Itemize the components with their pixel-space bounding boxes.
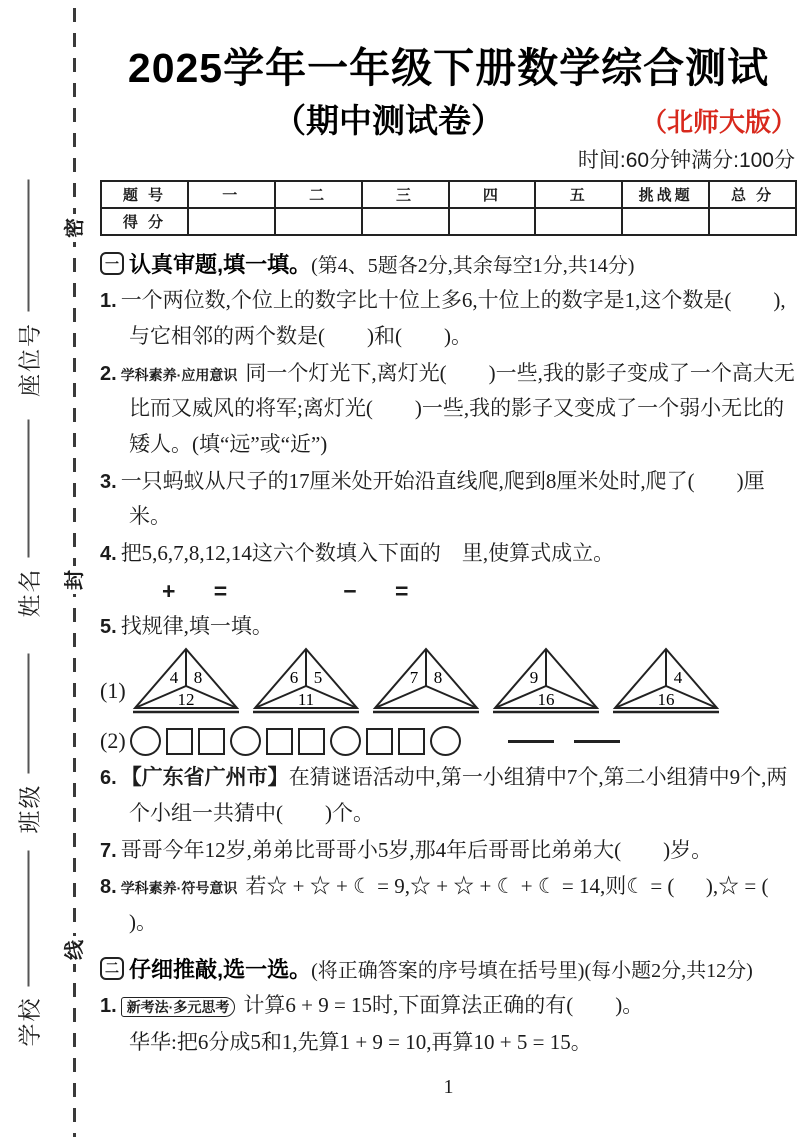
score-cell [622,208,709,235]
pattern-shape-square [166,728,193,755]
question-3: 3.一只蚂蚁从尺子的17厘米处开始沿直线爬,爬到8厘米处时,爬了( )厘米。 [100,464,797,535]
question-2: 2.学科素养·应用意识同一个灯光下,离灯光( )一些,我的影子变成了一个高大无比… [100,356,797,463]
triangle-left-value: 7 [409,668,418,687]
section-two-note: (将正确答案的序号填在括号里)(每小题2分,共12分) [311,954,753,983]
section-two-header: 二 仔细推敲,选一选。 (将正确答案的序号填在括号里)(每小题2分,共12分) [100,953,797,984]
score-col-3: 三 [362,181,449,208]
question-number: 5. [100,616,121,638]
question-number: 8. [100,876,121,898]
section-two-number-icon: 二 [100,957,124,980]
question-number: 1. [100,290,121,312]
score-col-4: 四 [449,181,536,208]
section-one-header: 一 认真审题,填一填。 (第4、5题各2分,其余每空1分,共14分) [100,248,797,279]
section-two-question-1: 1.新考法·多元思考计算6 + 9 = 15时,下面算法正确的有( )。 [100,988,797,1024]
seal-sidebar: 密 封 线 座位号 姓名 班级 学校 [0,0,100,1145]
school-text: 学校 [12,997,45,1047]
score-col-1: 一 [188,181,275,208]
new-method-badge: 新考法·多元思考 [121,997,236,1017]
student-name-label: 姓名 [12,419,45,619]
page-number: 1 [100,1076,797,1099]
pattern-shape-square [266,728,293,755]
triangle-figure-4: 9 16 [490,646,602,720]
question-number: 3. [100,471,121,493]
score-col-challenge: 挑战题 [622,181,709,208]
triangle-right-value: 8 [193,668,202,687]
equation-blanks-row: + = − = [162,578,797,605]
paper-subtitle: （期中测试卷） [100,95,677,142]
triangle-left-value: 4 [169,668,178,687]
section-one-title: 认真审题,填一填。 [129,248,311,279]
triangle-left-value: 9 [529,668,538,687]
section-two-title: 仔细推敲,选一选。 [129,953,311,984]
triangle-pattern-row: (1) 4 8 12 6 5 11 [100,646,797,720]
competency-badge: 学科素养·应用意识 [121,367,238,383]
question-1: 1.一个两位数,个位上的数字比十位上多6,十位上的数字是1,这个数是( ),与它… [100,283,797,354]
section-two-question-1-option: 华华:把6分成5和1,先算1 + 9 = 10,再算10 + 5 = 15。 [100,1025,797,1061]
pattern-shape-circle [430,726,461,756]
score-cell [535,208,622,235]
score-row-label: 得 分 [101,208,188,235]
option-text: 华华:把6分成5和1,先算1 + 9 = 10,再算10 + 5 = 15。 [129,1030,592,1054]
score-cell [362,208,449,235]
triangle-bottom-value: 12 [177,690,194,709]
score-cell [275,208,362,235]
question-5: 5.找规律,填一填。 [100,609,797,645]
shape-pattern-row: (2) [100,726,797,756]
seal-char-mi: 密 [61,214,89,242]
addition-equation-blank: + = [162,578,227,605]
question-text: 找规律,填一填。 [121,614,273,638]
question-7: 7.哥哥今年12岁,弟弟比哥哥小5岁,那4年后哥哥比弟弟大( )岁。 [100,833,797,869]
pattern-shape-circle [130,726,161,756]
section-one-number-icon: 一 [100,252,124,275]
question-text: 把5,6,7,8,12,14这六个数填入下面的 里,使算式成立。 [121,541,615,565]
triangle-figure-5: 4 16 [610,646,722,720]
question-text: 哥哥今年12岁,弟弟比哥哥小5岁,那4年后哥哥比弟弟大( )岁。 [121,838,712,862]
triangle-left-value: 6 [289,668,298,687]
pattern-shape-circle [230,726,261,756]
answer-blank [508,740,554,743]
edition-badge: （北师大版） [641,102,797,139]
subtraction-equation-blank: − = [343,578,408,605]
triangle-figure-2: 6 5 11 [250,646,362,720]
part-1-label: (1) [100,680,126,720]
paper-title: 2025学年一年级下册数学综合测试 [100,44,797,93]
score-cell [188,208,275,235]
triangle-right-value: 8 [433,668,442,687]
score-cell [449,208,536,235]
seat-number-label: 座位号 [12,179,45,399]
question-number: 6. [100,767,121,789]
question-number: 7. [100,840,121,862]
question-text: 一个两位数,个位上的数字比十位上多6,十位上的数字是1,这个数是( ),与它相邻… [121,288,786,348]
pattern-shape-circle [330,726,361,756]
score-cell [709,208,796,235]
class-text: 班级 [12,784,45,834]
question-text: 计算6 + 9 = 15时,下面算法正确的有( )。 [243,993,643,1017]
seat-number-blank [27,180,29,312]
score-col-total: 总 分 [709,181,796,208]
triangle-bottom-value: 11 [297,690,313,709]
score-col-2: 二 [275,181,362,208]
student-name-blank [27,420,29,558]
school-label: 学校 [12,849,45,1049]
question-number: 4. [100,543,121,565]
pattern-shape-square [298,728,325,755]
seat-number-text: 座位号 [12,322,45,397]
triangle-bottom-value: 16 [657,690,674,709]
question-number: 1. [100,995,121,1017]
region-tag: 【广东省广州市】 [121,765,289,789]
seal-char-xian: 线 [61,936,89,964]
triangle-right-value: 5 [313,668,322,687]
test-paper: 2025学年一年级下册数学综合测试 （期中测试卷） （北师大版） 时间:60分钟… [100,0,797,1099]
score-table-value-row: 得 分 [101,208,796,235]
time-and-score-info: 时间:60分钟满分:100分 [100,144,795,174]
class-label: 班级 [12,649,45,839]
score-table: 题 号 一 二 三 四 五 挑战题 总 分 得 分 [100,180,797,236]
answer-blank [574,740,620,743]
question-number: 2. [100,363,121,385]
subtitle-row: （期中测试卷） （北师大版） [100,95,797,141]
triangle-right-value: 4 [673,668,682,687]
triangle-figure-1: 4 8 12 [130,646,242,720]
pattern-shape-square [198,728,225,755]
school-blank [27,851,29,987]
score-col-5: 五 [535,181,622,208]
triangle-figure-3: 7 8 [370,646,482,720]
shape-sequence [130,726,466,756]
pattern-shape-square [366,728,393,755]
class-blank [27,654,29,774]
question-8: 8.学科素养·符号意识若☆ + ☆ + ☾ = 9,☆ + ☆ + ☾ + ☾ … [100,869,797,940]
section-one-note: (第4、5题各2分,其余每空1分,共14分) [311,249,634,278]
score-col-header: 题 号 [101,181,188,208]
competency-badge: 学科素养·符号意识 [121,880,238,896]
triangle-bottom-value: 16 [537,690,554,709]
question-4: 4.把5,6,7,8,12,14这六个数填入下面的 里,使算式成立。 [100,536,797,572]
question-6: 6.【广东省广州市】在猜谜语活动中,第一小组猜中7个,第二小组猜中9个,两个小组… [100,760,797,831]
part-2-label: (2) [100,730,126,752]
seal-char-feng: 封 [61,566,89,594]
question-text: 一只蚂蚁从尺子的17厘米处开始沿直线爬,爬到8厘米处时,爬了( )厘米。 [121,469,765,529]
pattern-shape-square [398,728,425,755]
score-table-header-row: 题 号 一 二 三 四 五 挑战题 总 分 [101,181,796,208]
student-name-text: 姓名 [12,568,45,618]
